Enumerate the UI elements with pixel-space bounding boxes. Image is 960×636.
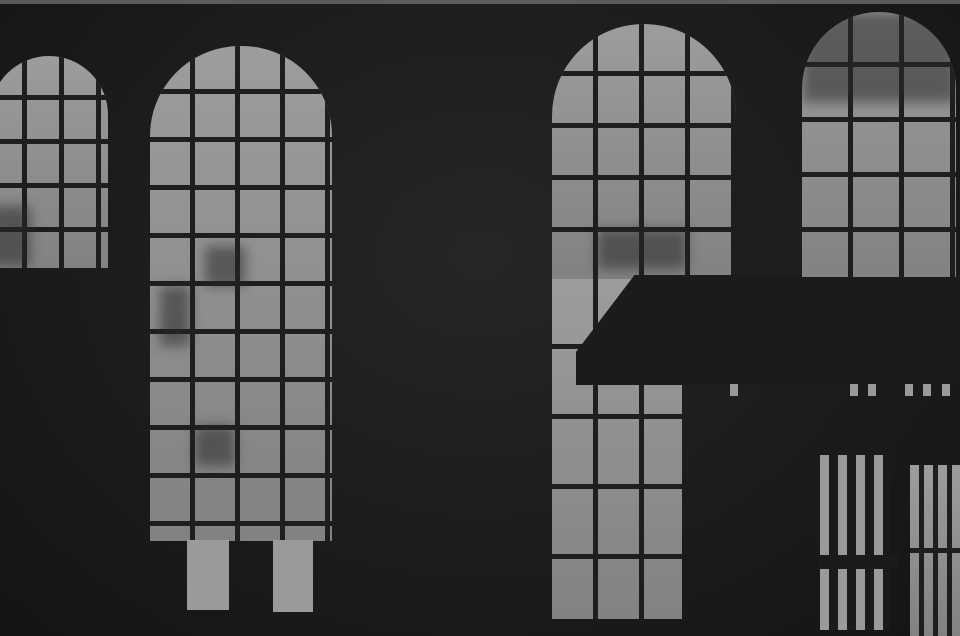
barred-window xyxy=(820,455,890,630)
photo-scene xyxy=(0,0,960,636)
arched-window-right xyxy=(802,12,956,277)
arched-window-center-left xyxy=(150,46,332,541)
arched-window-left xyxy=(0,56,108,268)
window-far-right xyxy=(910,465,960,636)
arched-window-center-right xyxy=(552,24,736,279)
small-opening xyxy=(868,384,876,396)
top-edge xyxy=(0,0,960,4)
roof-shadow xyxy=(576,275,960,385)
small-opening xyxy=(923,384,931,396)
bar-crossrail xyxy=(818,555,898,569)
small-opening xyxy=(850,384,858,396)
small-opening xyxy=(942,384,950,396)
small-opening xyxy=(730,384,738,396)
small-opening xyxy=(905,384,913,396)
lower-pane xyxy=(273,540,313,612)
lower-pane xyxy=(187,540,229,610)
